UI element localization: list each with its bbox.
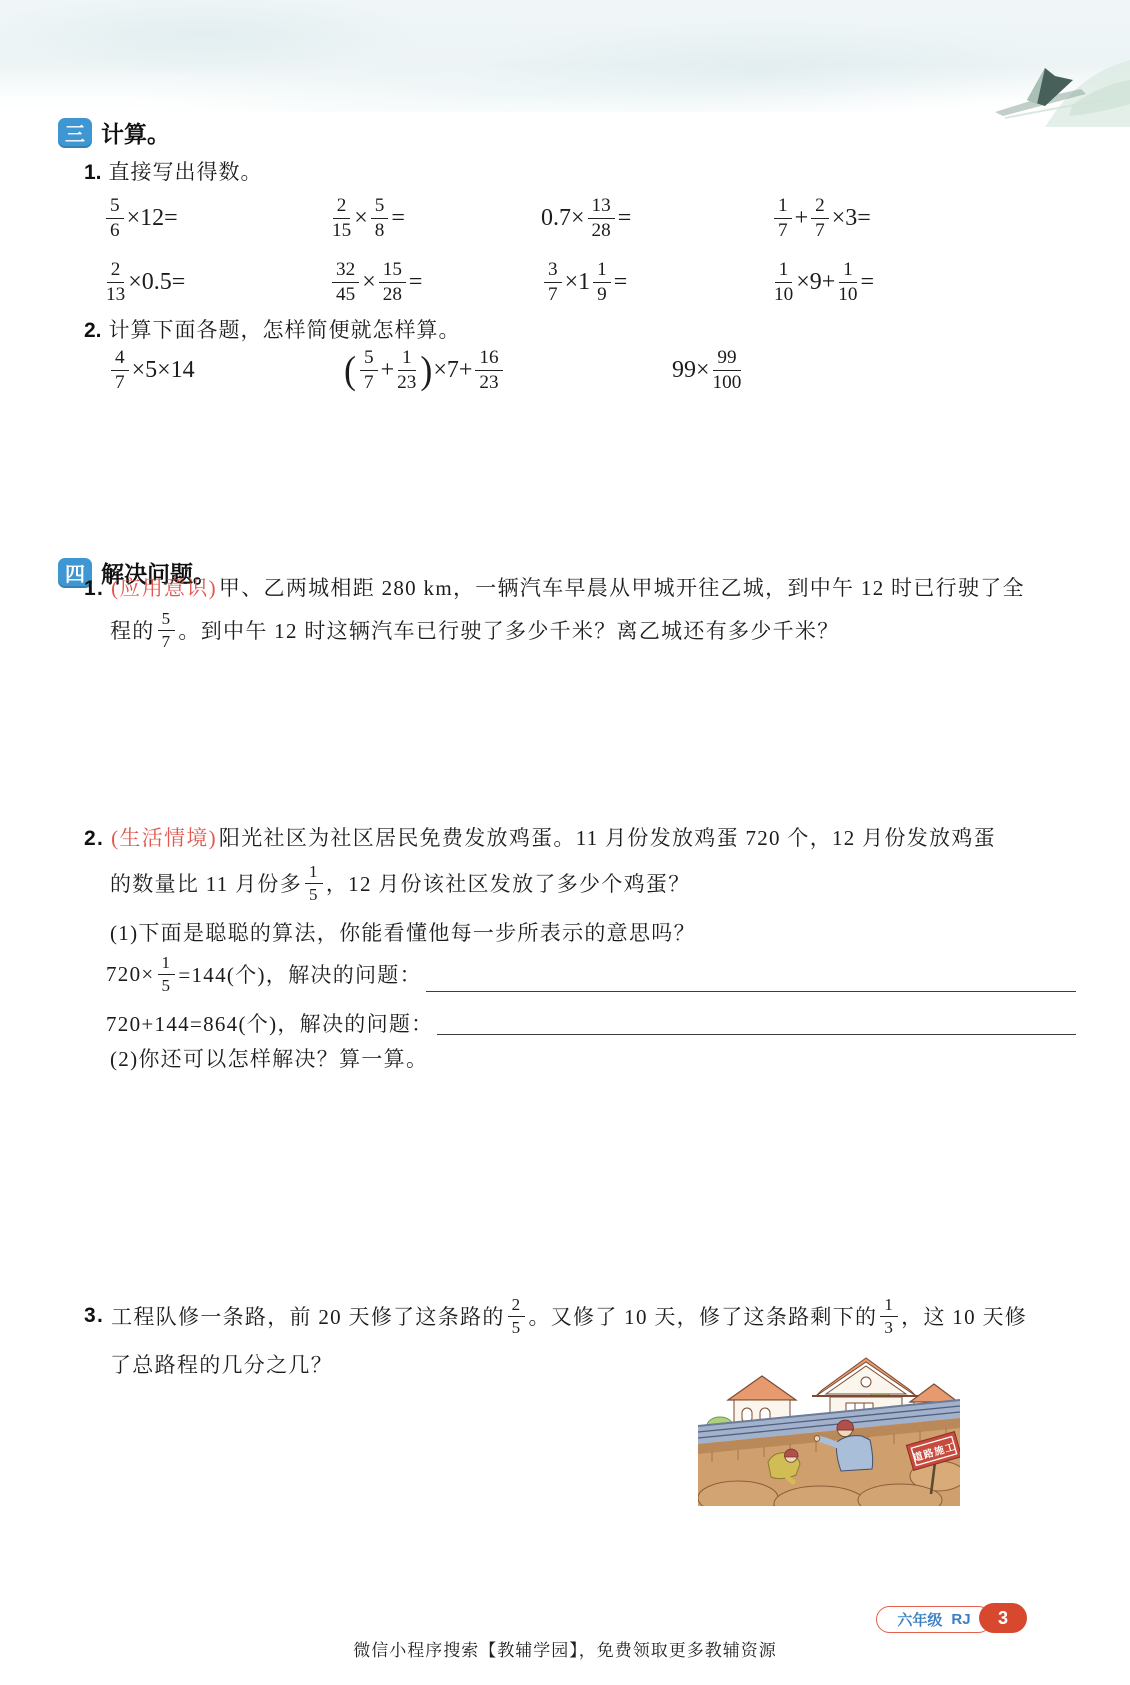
problem-number: 3. [84, 1304, 104, 1328]
math-expression: 56×12= [103, 195, 329, 241]
item-2-header: 2. 计算下面各题，怎样简便就怎样算。 [84, 314, 461, 344]
problem-1-line-2: 程的57。到中午 12 时这辆汽车已行驶了多少千米？离乙城还有多少千米？ [110, 604, 840, 656]
math-expression: 47×5×14 [108, 342, 195, 398]
grade-edition-capsule: 六年级 RJ [876, 1606, 992, 1633]
worksheet-page: 三 计算。 1. 直接写出得数。 56×12= 215×58= 0.7×1328… [0, 0, 1130, 1685]
road-construction-illustration: 道路施工 [698, 1356, 960, 1506]
competency-tag: (应用意识) [111, 576, 217, 600]
problem-number: 1. [84, 577, 104, 600]
section-number-badge: 三 [58, 118, 92, 148]
math-expression: 110×9+110= [771, 259, 1083, 305]
page-number-pill: 3 [979, 1603, 1027, 1633]
answer-blank-line [437, 1034, 1076, 1035]
section-title: 计算。 [101, 116, 170, 149]
problem-text: 工程队修一条路，前 20 天修了这条路的25。又修了 10 天，修了这条路剩下的… [111, 1295, 1027, 1336]
problem-2-line-1: 2.(生活情境)阳光社区为社区居民免费发放鸡蛋。11 月份发放鸡蛋 720 个，… [84, 821, 1089, 855]
math-expression: 99×99100 [672, 342, 744, 398]
problem-1-line-1: 1.(应用意识)甲、乙两城相距 280 km，一辆汽车早晨从甲城开往乙城，到中午… [84, 571, 1089, 605]
footer-note: 微信小程序搜索【教辅学园】，免费领取更多教辅资源 [0, 1636, 1130, 1661]
item-title: 计算下面各题，怎样简便就怎样算。 [109, 314, 461, 344]
math-expression: 215×58= [329, 195, 541, 241]
problem-number: 2. [84, 827, 104, 850]
equation-line-2: 720+144=864(个)，解决的问题： [106, 1006, 1076, 1040]
problem-2-line-2: 的数量比 11 月份多15，12 月份该社区发放了多少个鸡蛋？ [110, 856, 691, 910]
equation-line-1: 720×15=144(个)，解决的问题： [106, 946, 1076, 1002]
competency-tag: (生活情境) [111, 826, 217, 850]
problem-3-line-2: 了总路程的几分之几？ [110, 1348, 333, 1382]
grade-label: 六年级 [897, 1609, 942, 1630]
math-expression: 17+27×3= [771, 195, 1083, 241]
section-calc-header: 三 计算。 [58, 116, 170, 149]
math-expression: 3245×1528= [329, 259, 541, 305]
problem-3-line-1: 3. 工程队修一条路，前 20 天修了这条路的25。又修了 10 天，修了这条路… [84, 1288, 1027, 1344]
item-title: 直接写出得数。 [109, 156, 263, 186]
equation-text: 720×15=144(个)，解决的问题： [106, 953, 422, 994]
problem-2-sub-1: (1)下面是聪聪的算法，你能看懂他每一步所表示的意思吗？ [110, 916, 696, 950]
math-expression: (57+123)×7+1623 [343, 342, 506, 398]
answer-blank-line [426, 991, 1076, 992]
problem-text: 甲、乙两城相距 280 km，一辆汽车早晨从甲城开往乙城，到中午 12 时已行驶… [219, 576, 1025, 600]
problem-text: 阳光社区为社区居民免费发放鸡蛋。11 月份发放鸡蛋 720 个，12 月份发放鸡… [219, 826, 996, 850]
math-expression: 213×0.5= [103, 259, 329, 305]
math-expression: 37×119= [541, 259, 771, 305]
math-expression: 0.7×1328= [541, 195, 771, 241]
item-number: 1. [84, 161, 102, 185]
direct-calculation-grid: 56×12= 215×58= 0.7×1328= 17+27×3= 213×0.… [103, 186, 1083, 314]
item-number: 2. [84, 319, 102, 343]
item-1-header: 1. 直接写出得数。 [84, 156, 263, 186]
mountain-watercolor-icon [985, 42, 1130, 127]
problem-2-sub-2: (2)你还可以怎样解决？算一算。 [110, 1042, 428, 1076]
edition-label: RJ [951, 1611, 970, 1628]
header-band [0, 0, 1130, 112]
equation-text: 720+144=864(个)，解决的问题： [106, 1008, 433, 1038]
